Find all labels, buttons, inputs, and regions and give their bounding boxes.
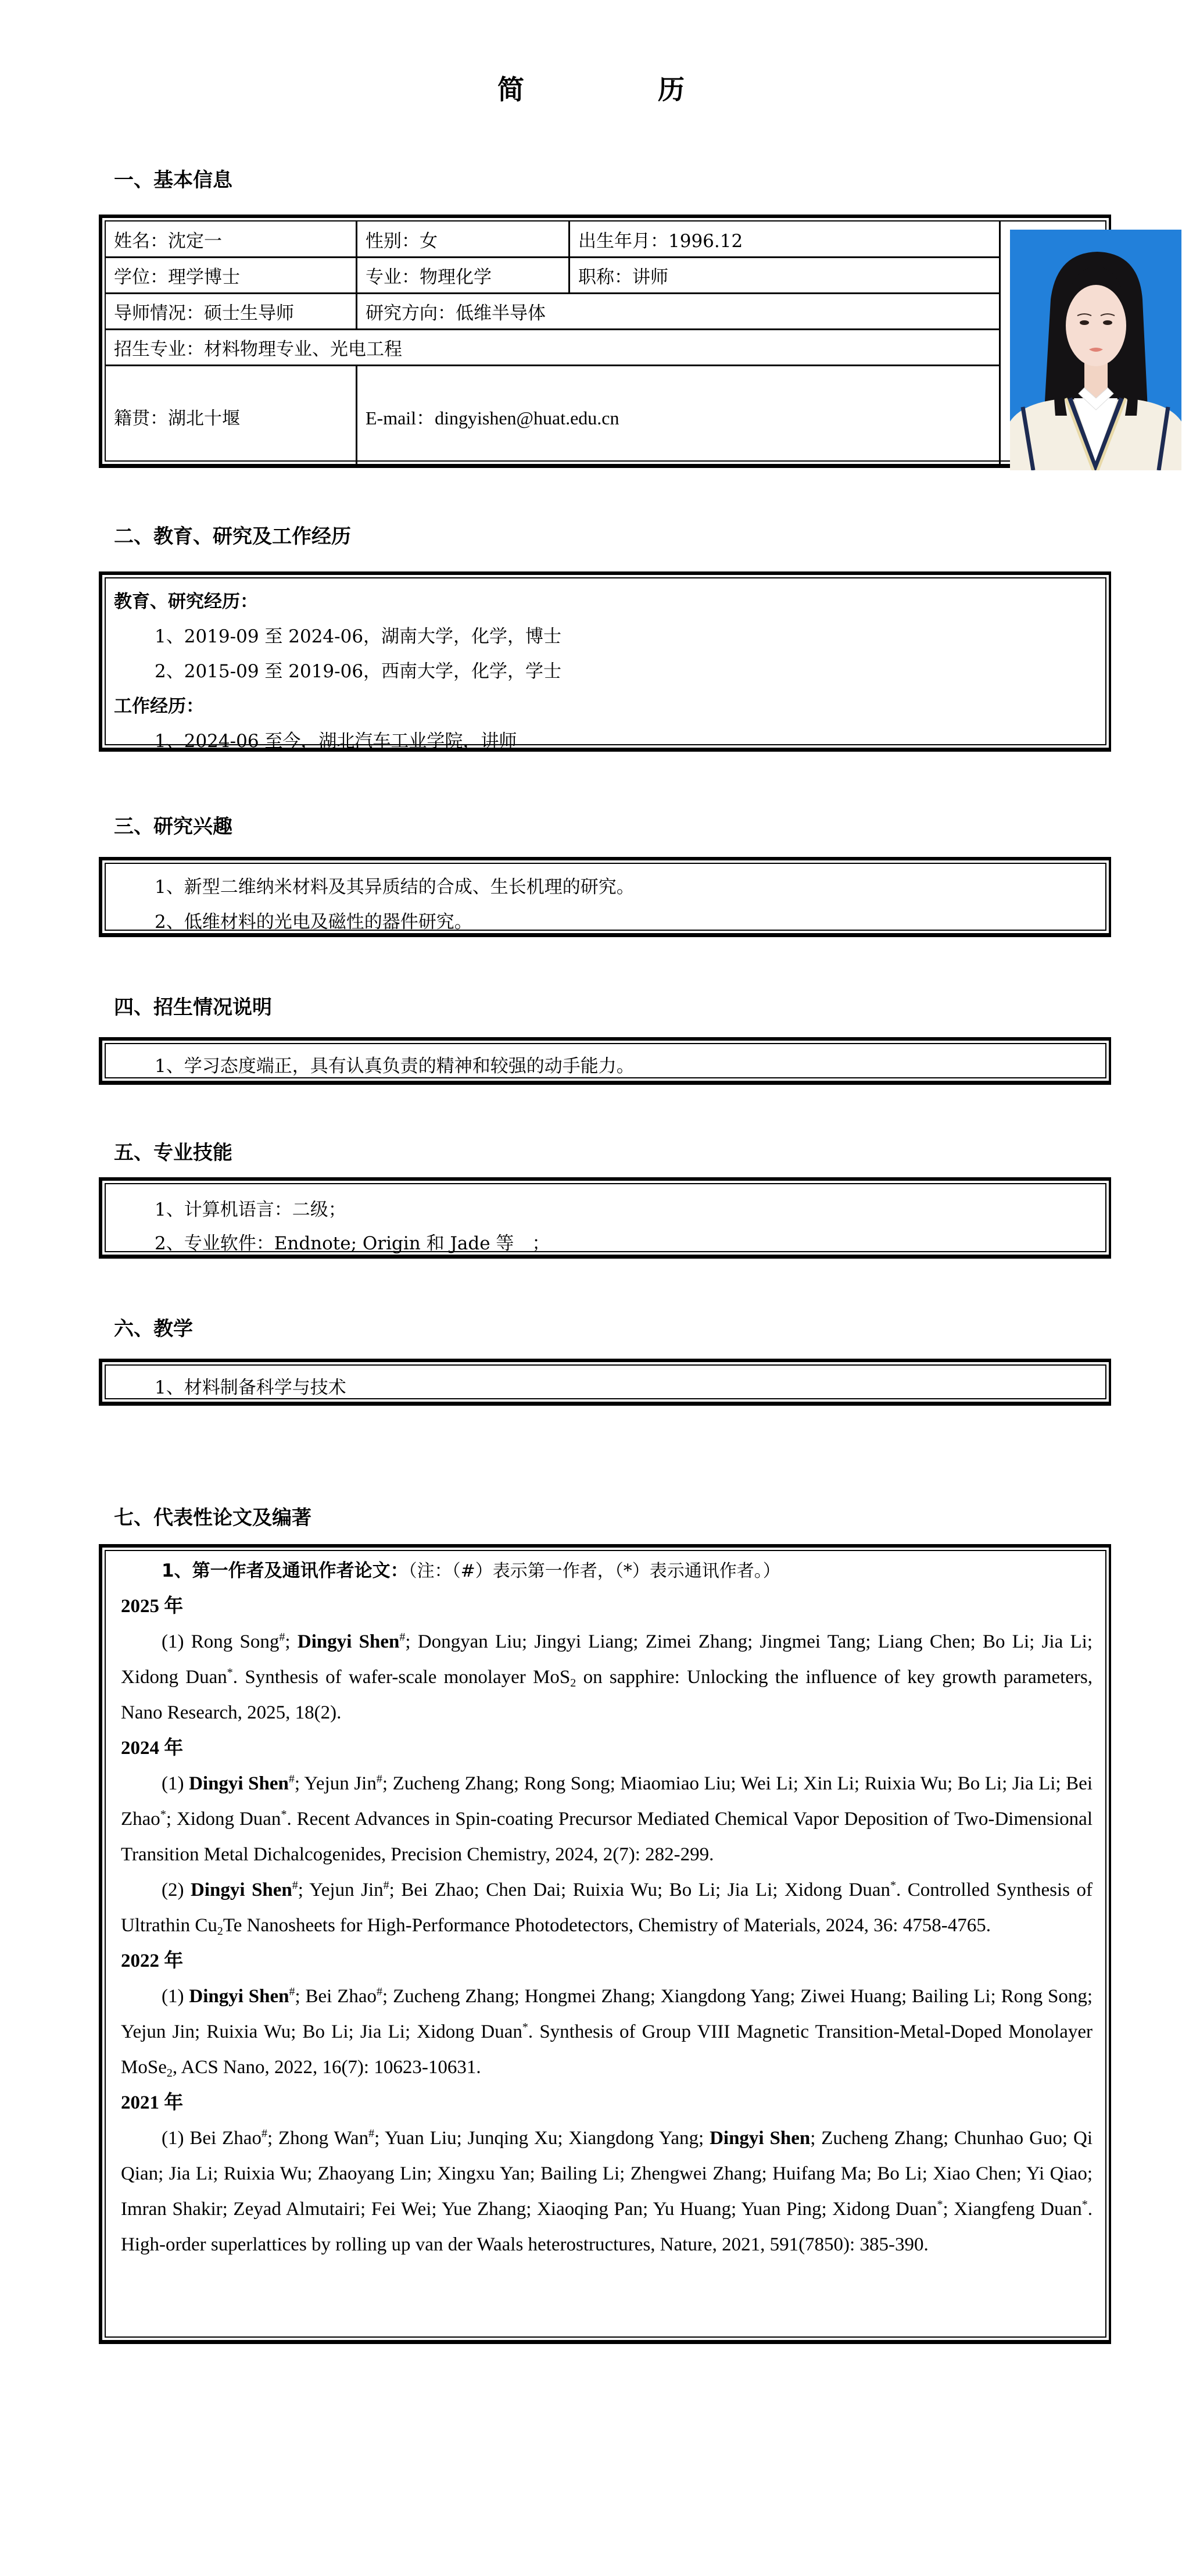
skill-item: 2、专业软件：Endnote; Origin 和 Jade 等 ；: [155, 1228, 550, 1255]
teaching-box: 1、材料制备科学与技术: [99, 1359, 1111, 1406]
field-email: E-mail：dingyishen@huat.edu.cn: [357, 366, 999, 467]
highlighted-author: Dingyi Shen: [298, 1631, 400, 1652]
paper-entry: (2) Dingyi Shen#; Yejun Jin#; Bei Zhao; …: [121, 1873, 1093, 1943]
experience-box: 教育、研究经历： 1、2019-09 至 2024-06，湖南大学，化学，博士 …: [99, 571, 1111, 752]
profile-photo: [1010, 230, 1181, 470]
interests-box: 1、新型二维纳米材料及其异质结的合成、生长机理的研究。 2、低维材料的光电及磁性…: [99, 857, 1111, 937]
publications-subheading: 1、第一作者及通讯作者论文：: [162, 1560, 409, 1581]
interest-item: 2、低维材料的光电及磁性的器件研究。: [155, 907, 472, 933]
portrait-image-icon: [1010, 230, 1181, 470]
edu-item: 1、2019-09 至 2024-06，湖南大学，化学，博士: [155, 621, 561, 648]
field-birth-date: 出生年月：1996.12: [570, 221, 999, 256]
field-supervisor: 导师情况：硕士生导师: [106, 294, 356, 328]
work-label: 工作经历：: [114, 691, 204, 717]
enrollment-box: 1、学习态度端正，具有认真负责的精神和较强的动手能力。: [99, 1037, 1111, 1085]
basic-info-table: 姓名：沈定一 性别：女 出生年月：1996.12 学位：理学博士 专业：物理化学…: [99, 215, 1111, 468]
field-title-rank: 职称：讲师: [570, 258, 999, 292]
paper-entry: (1) Rong Song#; Dingyi Shen#; Dongyan Li…: [121, 1624, 1093, 1731]
year-heading: 2022 年: [121, 1943, 1093, 1979]
section-heading-teaching: 六、教学: [114, 1313, 193, 1341]
skill-item: 1、计算机语言：二级；: [155, 1195, 346, 1221]
work-item: 1、2024-06 至今，湖北汽车工业学院，讲师: [155, 726, 517, 752]
field-native-place: 籍贯：湖北十堰: [106, 366, 356, 467]
section-heading-interests: 三、研究兴趣: [114, 810, 232, 839]
field-major: 专业：物理化学: [357, 258, 568, 292]
highlighted-author: Dingyi Shen: [189, 1773, 289, 1794]
section-heading-skills: 五、专业技能: [114, 1137, 232, 1165]
publications-note: （注：（#）表示第一作者，（*）表示通讯作者。）: [409, 1561, 780, 1581]
paper-entry: (1) Dingyi Shen#; Yejun Jin#; Zucheng Zh…: [121, 1766, 1093, 1873]
teaching-item: 1、材料制备科学与技术: [155, 1373, 346, 1399]
field-enroll-major: 招生专业：材料物理专业、光电工程: [106, 330, 999, 365]
paper-entry: (1) Dingyi Shen#; Bei Zhao#; Zucheng Zha…: [121, 1979, 1093, 2085]
field-gender: 性别：女: [357, 221, 568, 256]
title-char-1: 简: [497, 69, 524, 107]
section-heading-enrollment: 四、招生情况说明: [114, 991, 272, 1020]
paper-entry: (1) Bei Zhao#; Zhong Wan#; Yuan Liu; Jun…: [121, 2121, 1093, 2263]
page-title: 简历: [0, 69, 1182, 107]
field-name: 姓名：沈定一: [106, 221, 356, 256]
publications-box: 1、第一作者及通讯作者论文：（注：（#）表示第一作者，（*）表示通讯作者。） 2…: [99, 1544, 1111, 2344]
year-heading: 2021 年: [121, 2085, 1093, 2121]
field-research-direction: 研究方向：低维半导体: [357, 294, 999, 328]
interest-item: 1、新型二维纳米材料及其异质结的合成、生长机理的研究。: [155, 872, 635, 898]
resume-page: 简历 一、基本信息 姓名：沈定一 性别：女 出生年月：1996.12 学位：理学…: [0, 0, 1182, 2576]
section-heading-publications: 七、代表性论文及编著: [114, 1502, 311, 1530]
year-heading: 2024 年: [121, 1731, 1093, 1766]
edu-item: 2、2015-09 至 2019-06，西南大学，化学，学士: [155, 656, 561, 683]
field-degree: 学位：理学博士: [106, 258, 356, 292]
publications-list: 1、第一作者及通讯作者论文：（注：（#）表示第一作者，（*）表示通讯作者。） 2…: [121, 1553, 1093, 2263]
edu-label: 教育、研究经历：: [114, 587, 258, 613]
year-heading: 2025 年: [121, 1589, 1093, 1624]
highlighted-author: Dingyi Shen: [191, 1880, 292, 1900]
enrollment-item: 1、学习态度端正，具有认真负责的精神和较强的动手能力。: [155, 1051, 635, 1077]
section-heading-basic-info: 一、基本信息: [114, 164, 232, 192]
section-heading-experience: 二、教育、研究及工作经历: [114, 520, 351, 549]
highlighted-author: Dingyi Shen: [710, 2128, 810, 2149]
title-char-2: 历: [658, 69, 685, 107]
skills-box: 1、计算机语言：二级； 2、专业软件：Endnote; Origin 和 Jad…: [99, 1177, 1111, 1259]
highlighted-author: Dingyi Shen: [189, 1986, 289, 2007]
